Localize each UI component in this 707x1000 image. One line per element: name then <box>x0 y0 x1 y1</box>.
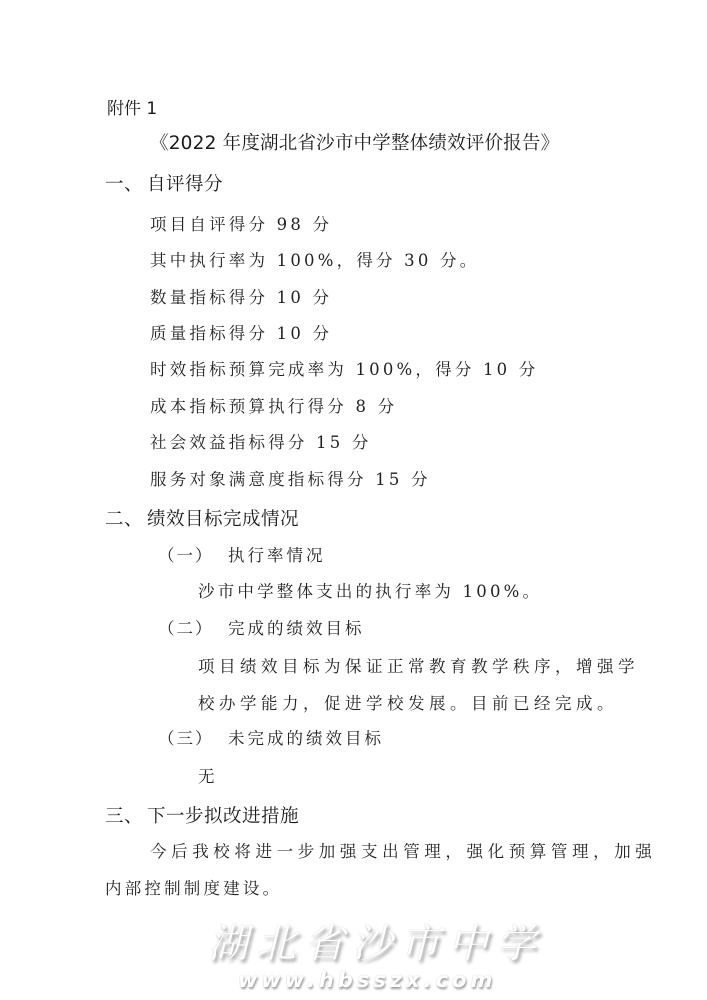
section-title: 自评得分 <box>147 174 223 195</box>
section-number: 一、 <box>105 170 147 196</box>
section-2-heading: 二、绩效目标完成情况 <box>105 505 299 531</box>
section-number: 二、 <box>105 505 147 531</box>
subsection-title: 执行率情况 <box>228 546 326 565</box>
document-title: 《2022 年度湖北省沙市中学整体绩效评价报告》 <box>150 129 559 155</box>
subsection-3-heading: （三）未完成的绩效目标 <box>158 725 384 749</box>
section-3-heading: 三、下一步拟改进措施 <box>105 802 299 828</box>
subsection-number: （二） <box>158 615 228 639</box>
attachment-label: 附件 1 <box>107 94 157 119</box>
score-line: 社会效益指标得分 15 分 <box>150 429 372 453</box>
watermark-url: www.hbsszx.com <box>238 968 496 992</box>
subsection-2-heading: （二）完成的绩效目标 <box>158 615 365 639</box>
subsection-number: （一） <box>158 542 228 566</box>
paragraph-line: 沙市中学整体支出的执行率为 100%。 <box>198 578 542 602</box>
section-1-heading: 一、自评得分 <box>105 170 223 196</box>
paragraph-line: 无 <box>198 763 218 787</box>
section-title: 下一步拟改进措施 <box>147 806 299 827</box>
score-line: 其中执行率为 100%，得分 30 分。 <box>150 247 479 271</box>
paragraph-line: 项目绩效目标为保证正常教育教学秩序，增强学 <box>198 653 639 677</box>
subsection-1-heading: （一）执行率情况 <box>158 542 326 566</box>
paragraph-line: 内部控制制度建设。 <box>105 875 282 899</box>
section-number: 三、 <box>105 802 147 828</box>
score-line: 质量指标得分 10 分 <box>150 320 332 344</box>
score-line: 成本指标预算执行得分 8 分 <box>150 393 397 417</box>
score-line: 数量指标得分 10 分 <box>150 284 332 308</box>
score-line: 项目自评得分 98 分 <box>150 211 332 235</box>
subsection-title: 完成的绩效目标 <box>228 619 365 638</box>
subsection-title: 未完成的绩效目标 <box>228 729 384 748</box>
watermark-school-name: 湖北省沙市中学 <box>208 912 544 969</box>
score-line: 服务对象满意度指标得分 15 分 <box>150 466 431 490</box>
paragraph-line: 今后我校将进一步加强支出管理，强化预算管理，加强 <box>150 838 656 862</box>
section-title: 绩效目标完成情况 <box>147 509 299 530</box>
paragraph-line: 校办学能力，促进学校发展。目前已经完成。 <box>198 690 618 714</box>
score-line: 时效指标预算完成率为 100%，得分 10 分 <box>150 356 539 380</box>
subsection-number: （三） <box>158 725 228 749</box>
